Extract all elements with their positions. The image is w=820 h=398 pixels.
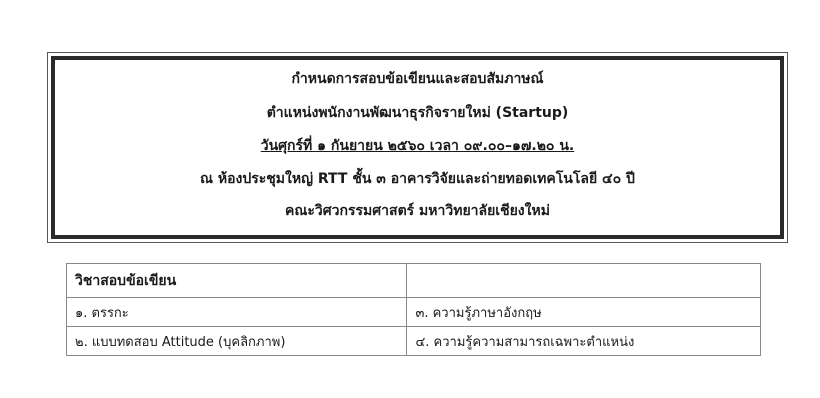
exam-subject-3: ๓. ความรู้ภาษาอังกฤษ <box>407 298 761 327</box>
announcement-box: กำหนดการสอบข้อเขียนและสอบสัมภาษณ์ ตำแหน่… <box>47 52 788 243</box>
table-header-right <box>407 264 761 298</box>
written-exam-table: วิชาสอบข้อเขียน ๑. ตรรกะ ๓. ความรู้ภาษาอ… <box>66 263 761 356</box>
announcement-title: กำหนดการสอบข้อเขียนและสอบสัมภาษณ์ <box>48 69 787 89</box>
exam-subject-4: ๔. ความรู้ความสามารถเฉพาะตำแหน่ง <box>407 327 761 356</box>
table-header-row: วิชาสอบข้อเขียน <box>67 264 761 298</box>
position-title: ตำแหน่งพนักงานพัฒนาธุรกิจรายใหม่ (Startu… <box>48 103 787 123</box>
table-row: ๒. แบบทดสอบ Attitude (บุคลิกภาพ) ๔. ความ… <box>67 327 761 356</box>
faculty-university: คณะวิศวกรรมศาสตร์ มหาวิทยาลัยเชียงใหม่ <box>48 201 787 221</box>
exam-date-time: วันศุกร์ที่ ๑ กันยายน ๒๕๖๐ เวลา ๐๙.๐๐–๑๗… <box>48 136 787 156</box>
exam-venue: ณ ห้องประชุมใหญ่ RTT ชั้น ๓ อาคารวิจัยแล… <box>48 169 787 189</box>
table-header-left: วิชาสอบข้อเขียน <box>67 264 407 298</box>
table-row: ๑. ตรรกะ ๓. ความรู้ภาษาอังกฤษ <box>67 298 761 327</box>
exam-subject-1: ๑. ตรรกะ <box>67 298 407 327</box>
exam-subject-2: ๒. แบบทดสอบ Attitude (บุคลิกภาพ) <box>67 327 407 356</box>
